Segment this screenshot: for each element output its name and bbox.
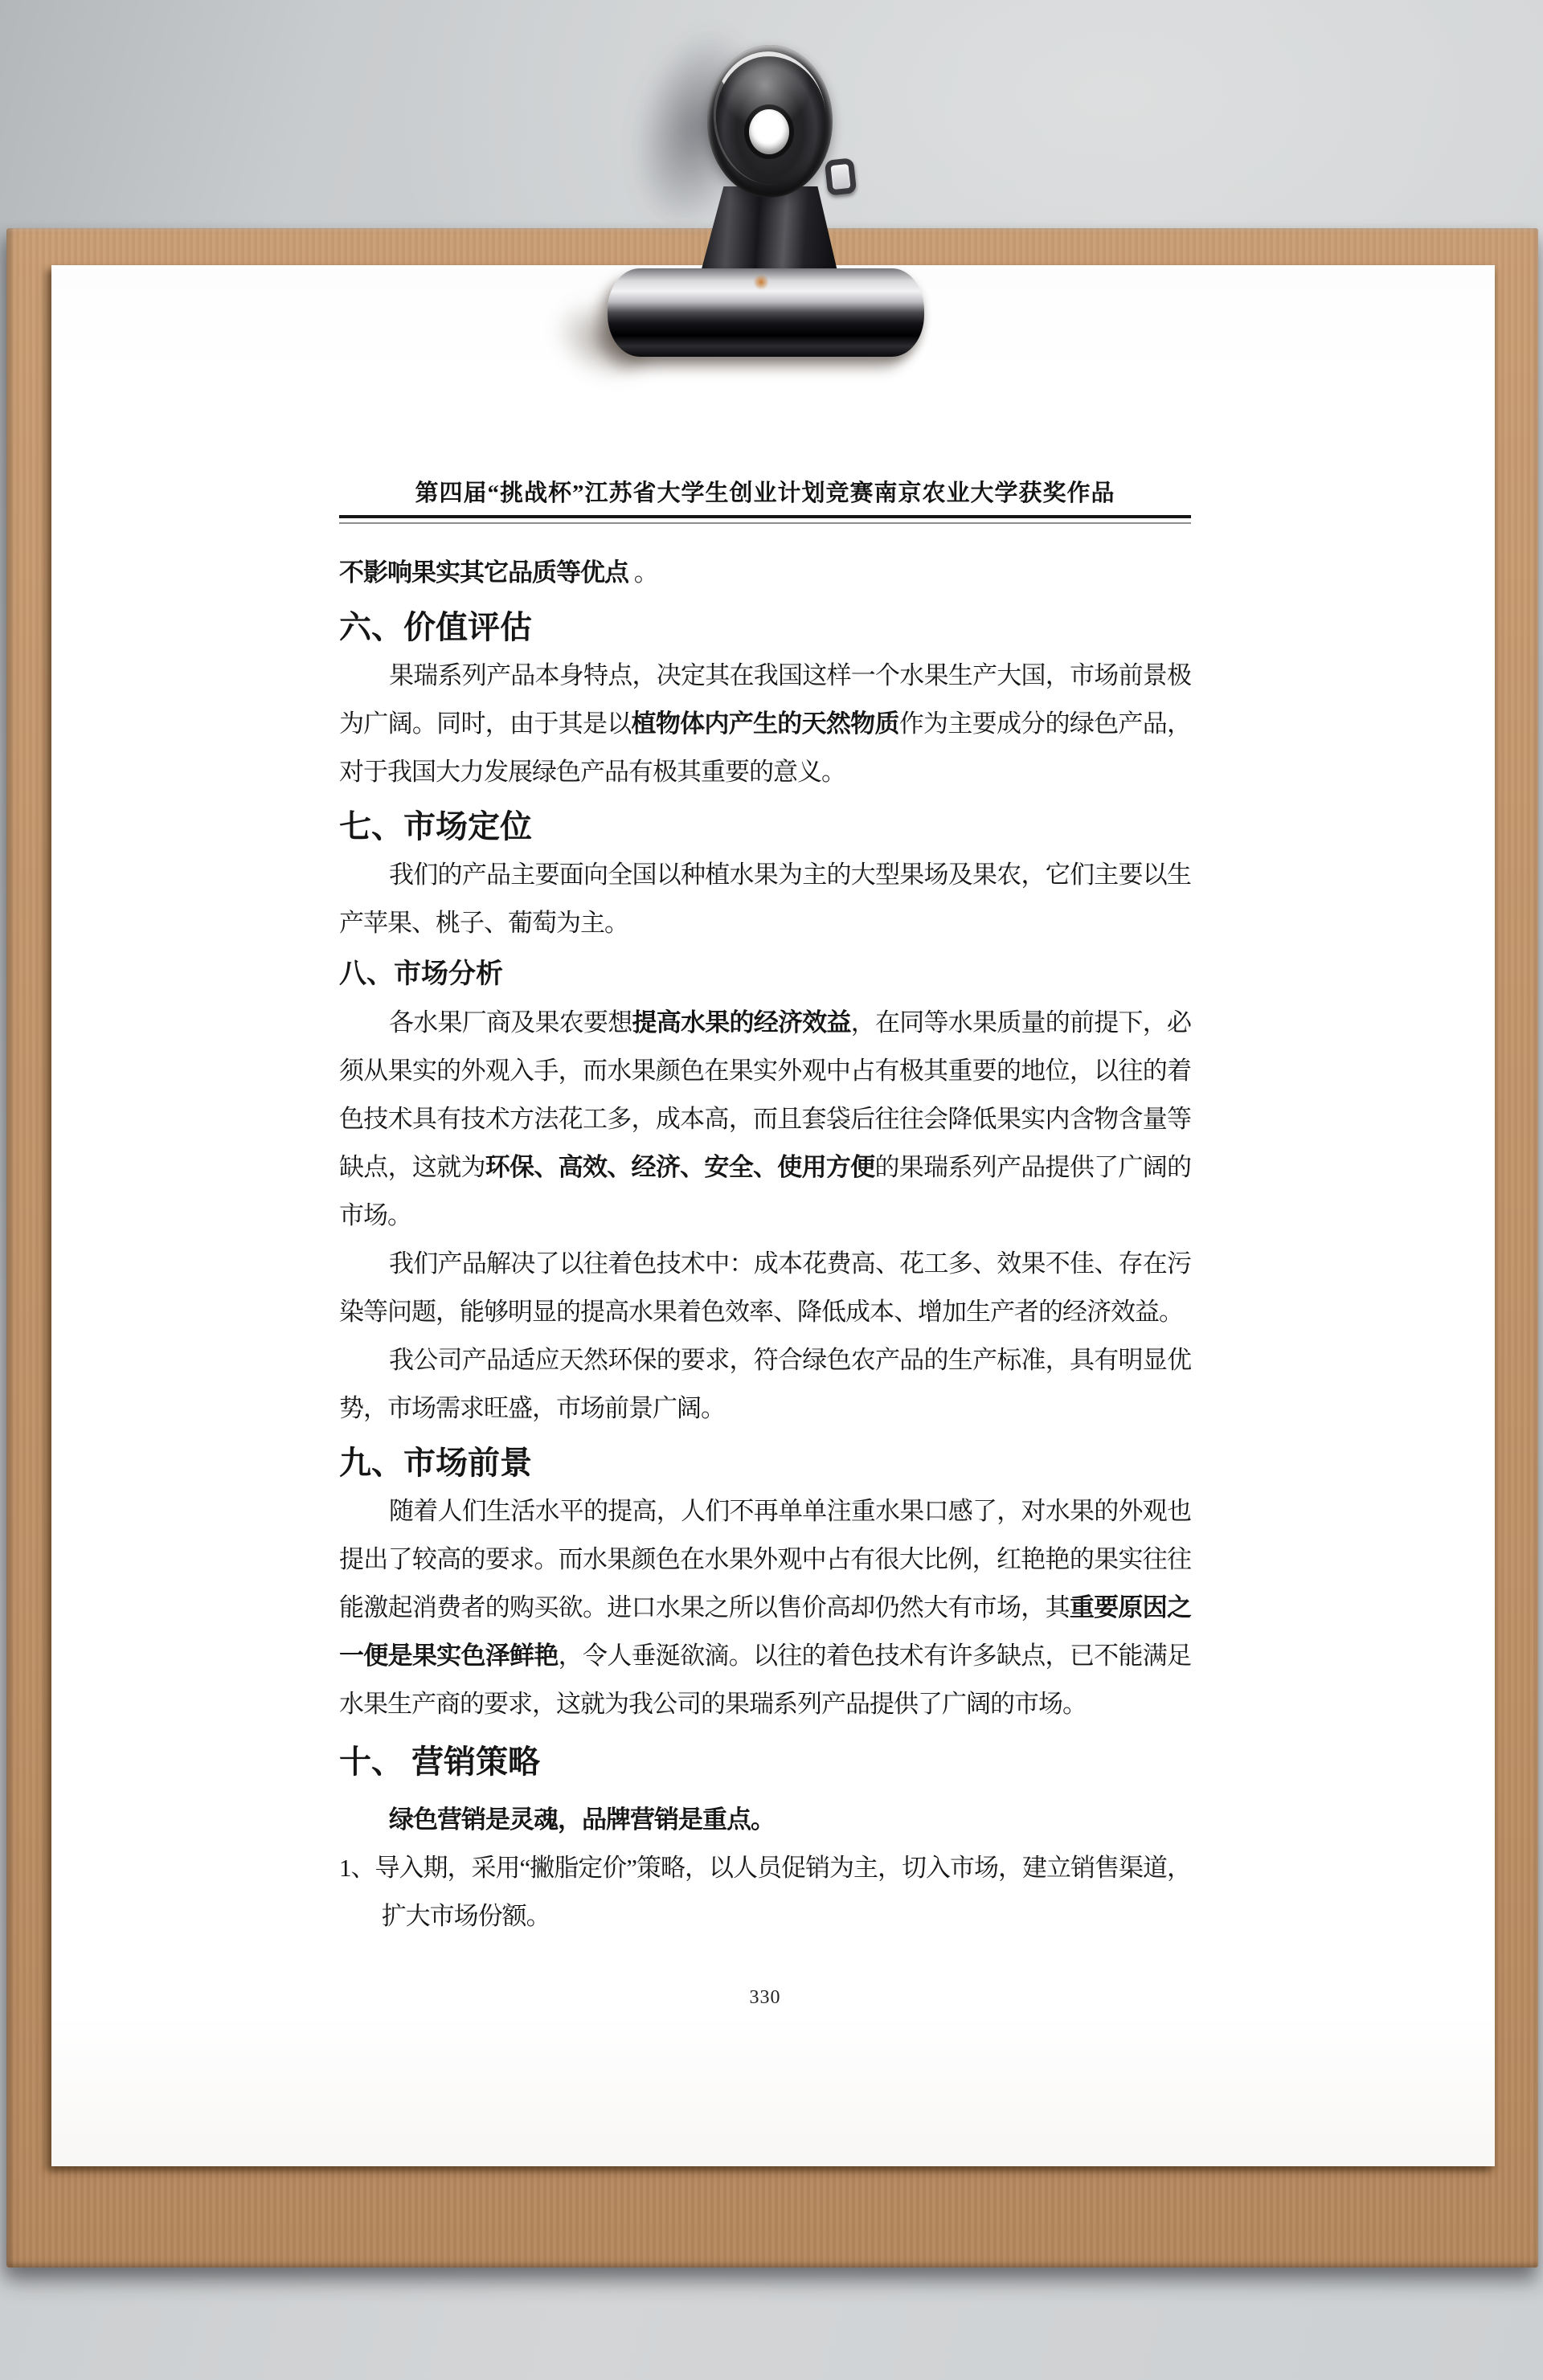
clip-hole (749, 109, 789, 154)
text-run: 我公司产品适应天然环保的要求，符合绿色农产品的生产标准，具有明显优势，市场需求旺… (339, 1346, 1191, 1422)
page-header: 第四届“挑战杯”江苏省大学生创业计划竞赛南京农业大学获奖作品 (339, 479, 1191, 508)
paragraph-market-positioning: 我们的产品主要面向全国以种植水果为主的大型果场及果农，它们主要以生产苹果、桃子、… (339, 851, 1191, 947)
text-run: 植物体内产生的天然物质 (632, 710, 899, 738)
page-content: 第四届“挑战杯”江苏省大学生创业计划竞赛南京农业大学获奖作品 不影响果实其它品质… (339, 265, 1191, 2010)
text-run: 绿色营销是灵魂，品牌营销是重点。 (389, 1805, 775, 1834)
paper-sheet: 第四届“挑战杯”江苏省大学生创业计划竞赛南京农业大学获奖作品 不影响果实其它品质… (51, 265, 1495, 2166)
paragraph-market-analysis-1: 各水果厂商及果农要想提高水果的经济效益，在同等水果质量的前提下，必须从果实的外观… (339, 999, 1191, 1240)
text-run: 我们产品解决了以往着色技术中：成本花费高、花工多、效果不佳、存在污染等问题，能够… (339, 1249, 1191, 1326)
paragraph-market-analysis-2: 我们产品解决了以往着色技术中：成本花费高、花工多、效果不佳、存在污染等问题，能够… (339, 1240, 1191, 1336)
text-run: 随着人们生活水平的提高，人们不再单单注重水果口感了，对水果的外观也提出了较高的要… (339, 1497, 1191, 1621)
text-run: 我们的产品主要面向全国以种植水果为主的大型果场及果农，它们主要以生产苹果、桃子、… (339, 861, 1191, 937)
heading-market-analysis: 八、市场分析 (339, 951, 1191, 999)
heading-value-assessment: 六、价值评估 (339, 603, 1191, 652)
text-run: 各水果厂商及果农要想 (389, 1008, 632, 1037)
clip-wall-shadow (614, 16, 780, 242)
header-rule (339, 515, 1191, 524)
photo-background: 第四届“挑战杯”江苏省大学生创业计划竞赛南京农业大学获奖作品 不影响果实其它品质… (0, 0, 1543, 2380)
paragraph-market-analysis-3: 我公司产品适应天然环保的要求，符合绿色农产品的生产标准，具有明显优势，市场需求旺… (339, 1336, 1191, 1433)
paragraph-marketing-lead: 绿色营销是灵魂，品牌营销是重点。 (339, 1796, 1191, 1844)
text-run: 。 (628, 558, 658, 587)
text-run: 不影响果实其它品质等优点 (339, 558, 628, 587)
clip-lever (825, 157, 857, 196)
heading-marketing-strategy: 十、 营销策略 (339, 1738, 1191, 1786)
text-run: 1、导入期，采用“撇脂定价”策略，以人员促销为主，切入市场，建立销售渠道，扩大市… (339, 1854, 1191, 1930)
clip-roll (707, 45, 833, 198)
paragraph-value-assessment: 果瑞系列产品本身特点，决定其在我国这样一个水果生产大国，市场前景极为广阔。同时，… (339, 652, 1191, 796)
text-run: 提高水果的经济效益 (632, 1008, 851, 1037)
heading-market-positioning: 七、市场定位 (339, 803, 1191, 851)
text-run: 环保、高效、经济、安全、使用方便 (485, 1153, 875, 1181)
page-number: 330 (339, 1985, 1191, 2010)
heading-market-prospect: 九、市场前景 (339, 1439, 1191, 1487)
paragraph-intro: 不影响果实其它品质等优点 。 (339, 549, 1191, 597)
paragraph-market-prospect: 随着人们生活水平的提高，人们不再单单注重水果口感了，对水果的外观也提出了较高的要… (339, 1487, 1191, 1728)
list-item-introduction-period: 1、导入期，采用“撇脂定价”策略，以人员促销为主，切入市场，建立销售渠道，扩大市… (339, 1844, 1191, 1940)
